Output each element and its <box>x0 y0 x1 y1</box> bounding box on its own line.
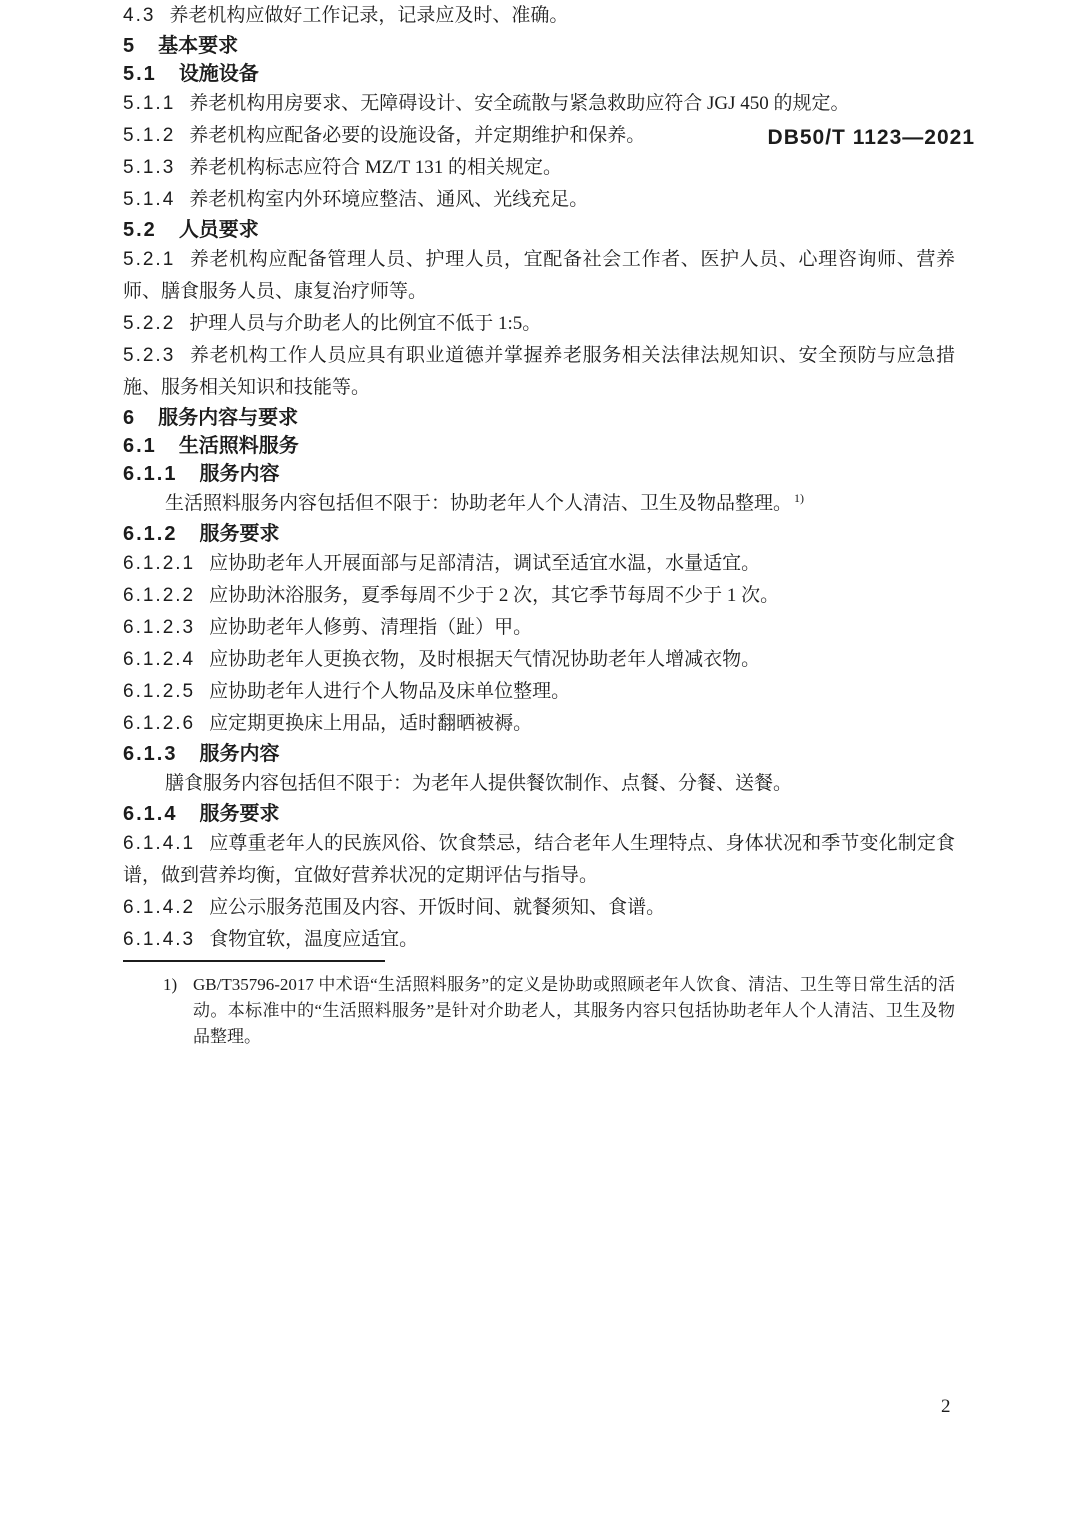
clause-text: 应协助老年人进行个人物品及床单位整理。 <box>209 681 570 702</box>
chapter-5-heading: 5基本要求 <box>123 32 955 60</box>
clause-6-1-2-6: 6.1.2.6应定期更换床上用品，适时翻晒被褥。 <box>123 708 955 740</box>
paragraph-life-care-content: 生活照料服务内容包括但不限于：协助老年人个人清洁、卫生及物品整理。1) <box>123 488 955 520</box>
clause-6-1-4-2: 6.1.4.2应公示服务范围及内容、开饭时间、就餐须知、食谱。 <box>123 892 955 924</box>
clause-number: 5.1.2 <box>123 125 175 146</box>
clause-text: 养老机构标志应符合 MZ/T 131 的相关规定。 <box>189 157 562 178</box>
subsection-6-1-3-heading: 6.1.3服务内容 <box>123 740 955 768</box>
clause-text: 应公示服务范围及内容、开饭时间、就餐须知、食谱。 <box>209 897 665 918</box>
chapter-title: 服务内容与要求 <box>158 407 298 429</box>
clause-5-2-2: 5.2.2护理人员与介助老人的比例宜不低于 1:5。 <box>123 308 955 340</box>
clause-text: 食物宜软，温度应适宜。 <box>209 929 418 950</box>
chapter-number: 5 <box>123 35 136 57</box>
document-page: DB50/T 1123—2021 4.3养老机构应做好工作记录，记录应及时、准确… <box>0 0 1074 1520</box>
section-5-2-heading: 5.2人员要求 <box>123 216 955 244</box>
section-title: 设施设备 <box>179 63 259 85</box>
clause-number: 5.1.4 <box>123 189 175 210</box>
clause-6-1-2-5: 6.1.2.5应协助老年人进行个人物品及床单位整理。 <box>123 676 955 708</box>
clause-4-3: 4.3养老机构应做好工作记录，记录应及时、准确。 <box>123 0 955 32</box>
clause-6-1-2-1: 6.1.2.1应协助老年人开展面部与足部清洁，调试至适宜水温，水量适宜。 <box>123 548 955 580</box>
clause-number: 6.1.4.1 <box>123 833 195 854</box>
clause-text: 应协助老年人修剪、清理指（趾）甲。 <box>209 617 532 638</box>
chapter-title: 基本要求 <box>158 35 238 57</box>
document-body: 4.3养老机构应做好工作记录，记录应及时、准确。 5基本要求 5.1设施设备 5… <box>123 0 955 1050</box>
footnote-text: GB/T35796-2017 中术语“生活照料服务”的定义是协助或照顾老年人饮食… <box>193 972 955 1050</box>
chapter-6-heading: 6服务内容与要求 <box>123 404 955 432</box>
page-number: 2 <box>941 1396 951 1418</box>
clause-5-2-3: 5.2.3养老机构工作人员应具有职业道德并掌握养老服务相关法律法规知识、安全预防… <box>123 340 955 404</box>
subsection-number: 6.1.4 <box>123 803 177 825</box>
subsection-number: 6.1.1 <box>123 463 177 485</box>
clause-6-1-4-1: 6.1.4.1应尊重老年人的民族风俗、饮食禁忌，结合老年人生理特点、身体状况和季… <box>123 828 955 892</box>
paragraph-meal-service-content: 膳食服务内容包括但不限于：为老年人提供餐饮制作、点餐、分餐、送餐。 <box>123 768 955 800</box>
clause-number: 5.2.1 <box>123 249 175 270</box>
subsection-6-1-1-heading: 6.1.1服务内容 <box>123 460 955 488</box>
footnote-divider <box>123 960 385 962</box>
clause-text: 应协助老年人更换衣物，及时根据天气情况协助老年人增减衣物。 <box>209 649 760 670</box>
clause-text: 护理人员与介助老人的比例宜不低于 1:5。 <box>189 313 541 334</box>
clause-5-1-4: 5.1.4养老机构室内外环境应整洁、通风、光线充足。 <box>123 184 955 216</box>
clause-6-1-2-2: 6.1.2.2应协助沐浴服务，夏季每周不少于 2 次，其它季节每周不少于 1 次… <box>123 580 955 612</box>
clause-number: 4.3 <box>123 5 155 26</box>
footnote: 1) GB/T35796-2017 中术语“生活照料服务”的定义是协助或照顾老年… <box>163 972 955 1050</box>
clause-text: 养老机构室内外环境应整洁、通风、光线充足。 <box>189 189 588 210</box>
subsection-6-1-2-heading: 6.1.2服务要求 <box>123 520 955 548</box>
clause-text: 应协助沐浴服务，夏季每周不少于 2 次，其它季节每周不少于 1 次。 <box>209 585 779 606</box>
clause-number: 5.1.1 <box>123 93 175 114</box>
paragraph-text: 膳食服务内容包括但不限于：为老年人提供餐饮制作、点餐、分餐、送餐。 <box>165 773 792 794</box>
clause-number: 6.1.2.1 <box>123 553 195 574</box>
clause-text: 应协助老年人开展面部与足部清洁，调试至适宜水温，水量适宜。 <box>209 553 760 574</box>
clause-number: 6.1.4.3 <box>123 929 195 950</box>
subsection-title: 服务要求 <box>199 803 279 825</box>
subsection-number: 6.1.3 <box>123 743 177 765</box>
section-number: 5.1 <box>123 63 157 85</box>
section-number: 6.1 <box>123 435 157 457</box>
clause-number: 5.2.2 <box>123 313 175 334</box>
section-number: 5.2 <box>123 219 157 241</box>
subsection-title: 服务内容 <box>199 743 279 765</box>
clause-5-1-2: 5.1.2养老机构应配备必要的设施设备，并定期维护和保养。 <box>123 120 955 152</box>
clause-text: 应定期更换床上用品，适时翻晒被褥。 <box>209 713 532 734</box>
section-6-1-heading: 6.1生活照料服务 <box>123 432 955 460</box>
subsection-6-1-4-heading: 6.1.4服务要求 <box>123 800 955 828</box>
clause-number: 6.1.2.6 <box>123 713 195 734</box>
paragraph-text: 生活照料服务内容包括但不限于：协助老年人个人清洁、卫生及物品整理。 <box>165 493 792 514</box>
clause-text: 养老机构应配备管理人员、护理人员，宜配备社会工作者、医护人员、心理咨询师、营养师… <box>123 249 955 302</box>
footnote-marker: 1) <box>163 972 193 1050</box>
clause-number: 6.1.2.5 <box>123 681 195 702</box>
section-5-1-heading: 5.1设施设备 <box>123 60 955 88</box>
footnote-reference: 1) <box>794 491 804 505</box>
clause-text: 养老机构用房要求、无障碍设计、安全疏散与紧急救助应符合 JGJ 450 的规定。 <box>189 93 849 114</box>
clause-number: 6.1.2.2 <box>123 585 195 606</box>
clause-text: 应尊重老年人的民族风俗、饮食禁忌，结合老年人生理特点、身体状况和季节变化制定食谱… <box>123 833 955 886</box>
chapter-number: 6 <box>123 407 136 429</box>
clause-text: 养老机构应做好工作记录，记录应及时、准确。 <box>169 5 568 26</box>
clause-text: 养老机构工作人员应具有职业道德并掌握养老服务相关法律法规知识、安全预防与应急措施… <box>123 345 955 398</box>
clause-number: 6.1.4.2 <box>123 897 195 918</box>
clause-number: 6.1.2.4 <box>123 649 195 670</box>
clause-6-1-2-3: 6.1.2.3应协助老年人修剪、清理指（趾）甲。 <box>123 612 955 644</box>
subsection-number: 6.1.2 <box>123 523 177 545</box>
clause-5-1-3: 5.1.3养老机构标志应符合 MZ/T 131 的相关规定。 <box>123 152 955 184</box>
clause-5-1-1: 5.1.1养老机构用房要求、无障碍设计、安全疏散与紧急救助应符合 JGJ 450… <box>123 88 955 120</box>
section-title: 人员要求 <box>179 219 259 241</box>
clause-number: 5.1.3 <box>123 157 175 178</box>
section-title: 生活照料服务 <box>179 435 299 457</box>
subsection-title: 服务要求 <box>199 523 279 545</box>
subsection-title: 服务内容 <box>199 463 279 485</box>
clause-6-1-2-4: 6.1.2.4应协助老年人更换衣物，及时根据天气情况协助老年人增减衣物。 <box>123 644 955 676</box>
clause-6-1-4-3: 6.1.4.3食物宜软，温度应适宜。 <box>123 924 955 956</box>
clause-number: 6.1.2.3 <box>123 617 195 638</box>
clause-text: 养老机构应配备必要的设施设备，并定期维护和保养。 <box>189 125 645 146</box>
clause-number: 5.2.3 <box>123 345 175 366</box>
clause-5-2-1: 5.2.1养老机构应配备管理人员、护理人员，宜配备社会工作者、医护人员、心理咨询… <box>123 244 955 308</box>
